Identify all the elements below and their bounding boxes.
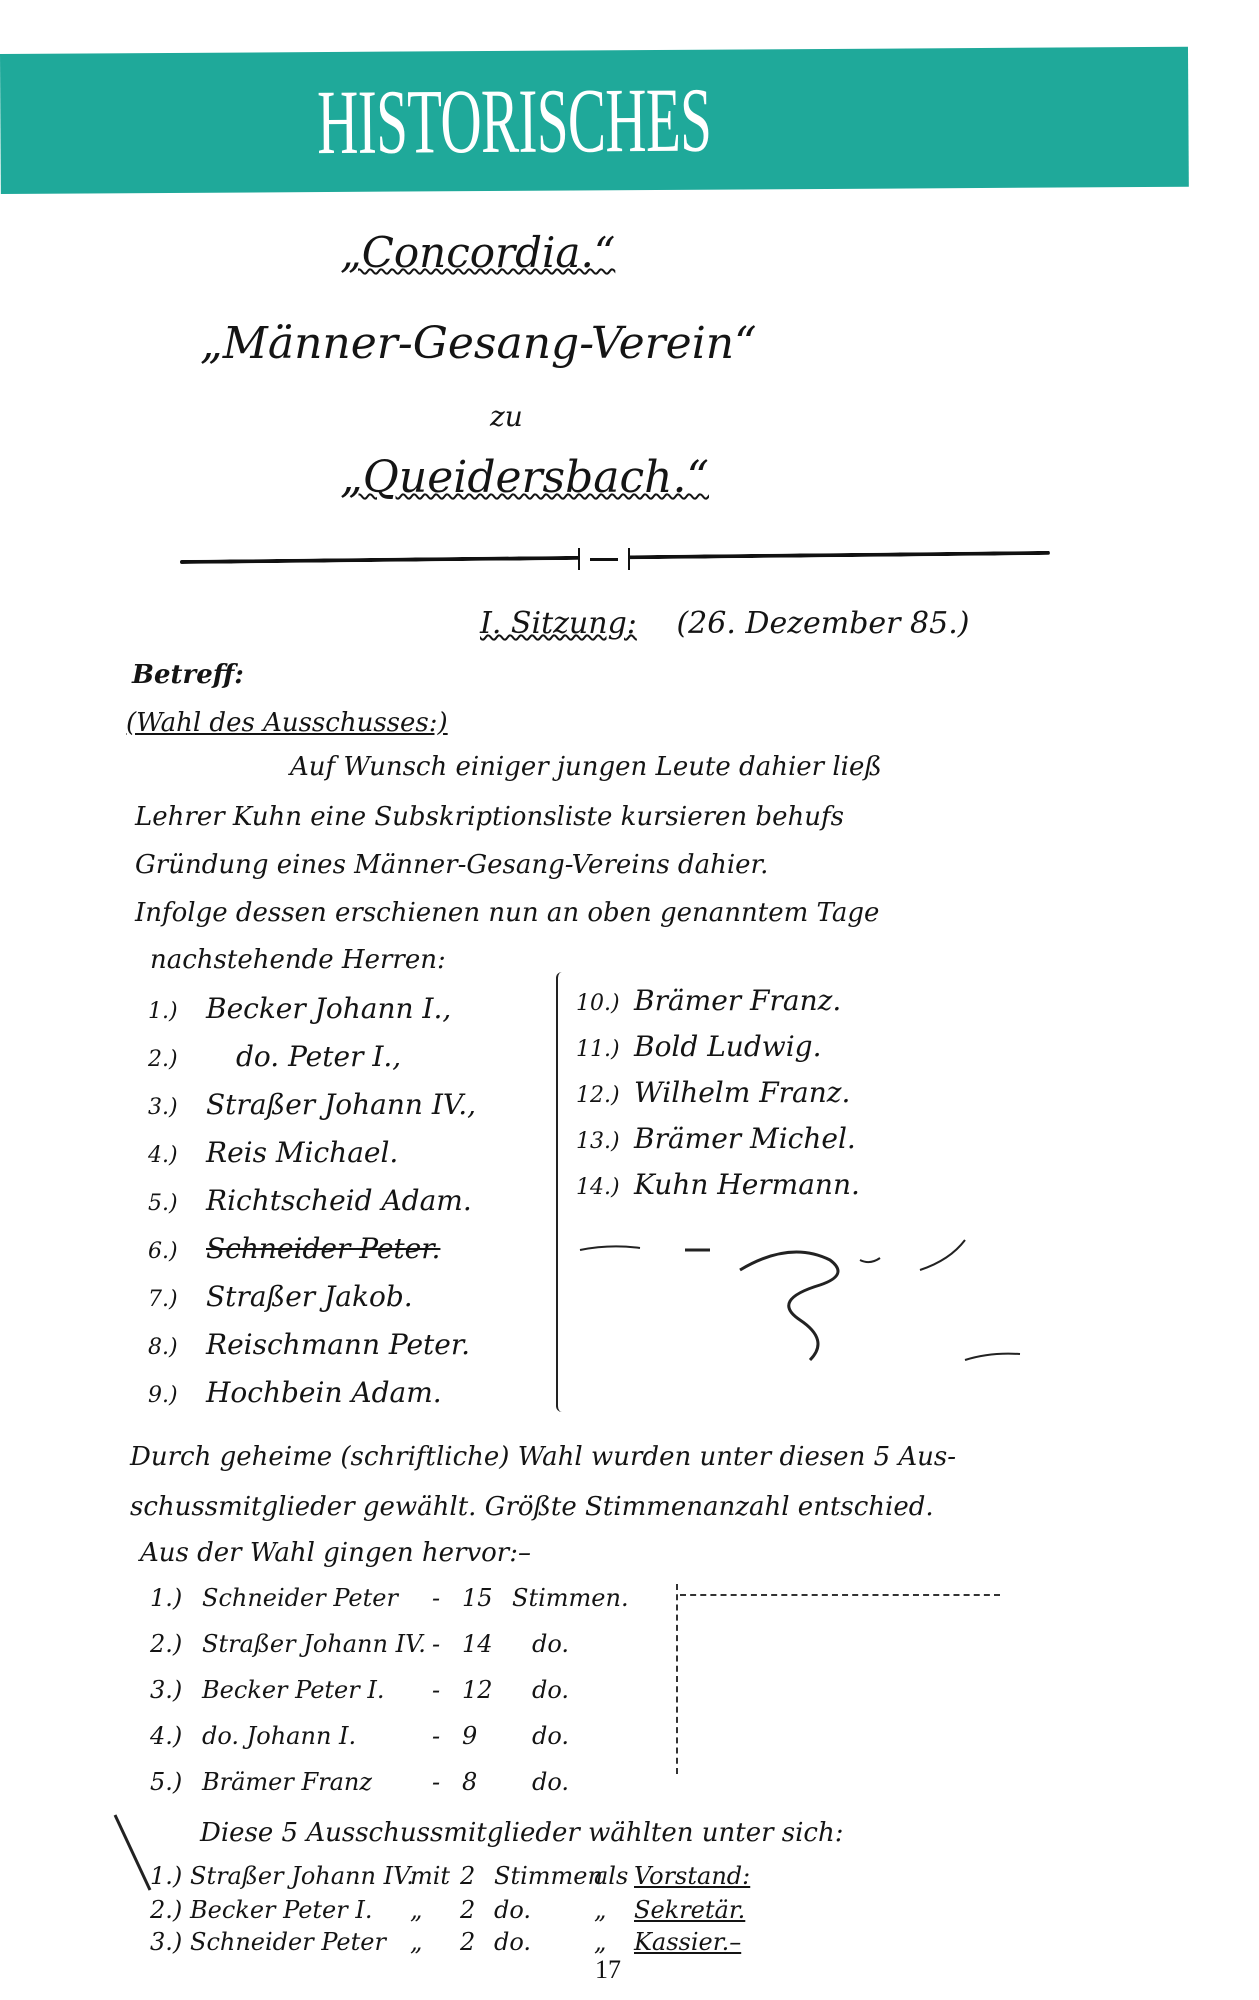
result-row: 1.)Schneider Peter-15Stimmen. [150, 1584, 629, 1612]
member-list-item: 14.)Kuhn Hermann. [576, 1168, 860, 1201]
intro-line: Lehrer Kuhn eine Subskriptionsliste kurs… [135, 802, 844, 832]
member-list-item: 13.)Brämer Michel. [576, 1122, 856, 1155]
results-dash-line [680, 1594, 1000, 1596]
member-list-item: 1.)Becker Johann I., [148, 992, 451, 1025]
session-heading: I. Sitzung: (26. Dezember 85.) [480, 606, 969, 641]
election-line: Aus der Wahl gingen hervor:– [140, 1538, 531, 1568]
club-preposition: zu [490, 400, 523, 433]
section-banner: HISTORISCHES [0, 47, 1189, 194]
officer-row: 2.)Becker Peter I.„2do.„Sekretär. [150, 1896, 745, 1924]
intro-line: Infolge dessen erschienen nun an oben ge… [135, 898, 879, 928]
member-list-item: 4.)Reis Michael. [148, 1136, 398, 1169]
member-list-item: 2.)do. Peter I., [148, 1040, 401, 1073]
subject-title: (Wahl des Ausschusses:) [126, 708, 448, 738]
result-row: 3.)Becker Peter I.-12do. [150, 1676, 569, 1704]
column-brace [556, 972, 568, 1412]
intro-line: Gründung eines Männer-Gesang-Vereins dah… [135, 850, 768, 880]
member-list-item: 12.)Wilhelm Franz. [576, 1076, 850, 1109]
member-list-item: 10.)Brämer Franz. [576, 984, 841, 1017]
election-line: Durch geheime (schriftliche) Wahl wurden… [130, 1442, 956, 1472]
session-date: (26. Dezember 85.) [676, 606, 969, 641]
intro-line: Auf Wunsch einiger jungen Leute dahier l… [290, 752, 882, 782]
officers-intro: Diese 5 Ausschussmitglieder wählten unte… [200, 1818, 844, 1848]
member-list-item: 6.)Schneider Peter. [148, 1232, 440, 1265]
page-number: 17 [595, 1955, 621, 1985]
club-name: „Concordia.“ [340, 228, 615, 277]
result-row: 4.)do. Johann I.-9do. [150, 1722, 569, 1750]
member-list-item: 9.)Hochbein Adam. [148, 1376, 442, 1409]
banner-title: HISTORISCHES [317, 74, 712, 168]
member-list-item: 7.)Straßer Jakob. [148, 1280, 413, 1313]
subject-label: Betreff: [132, 660, 244, 690]
club-location: „Queidersbach.“ [340, 452, 709, 503]
officer-row: 3.)Schneider Peter„2do.„Kassier.– [150, 1928, 741, 1956]
result-row: 2.)Straßer Johann IV.-14do. [150, 1630, 569, 1658]
club-type: „Männer-Gesang-Verein“ [200, 318, 757, 369]
closing-flourish-icon [570, 1230, 1050, 1410]
session-label: I. Sitzung: [480, 606, 637, 641]
member-list-item: 8.)Reischmann Peter. [148, 1328, 470, 1361]
divider-ornament-icon [578, 548, 630, 570]
election-line: schussmitglieder gewählt. Größte Stimmen… [130, 1492, 934, 1522]
intro-line: nachstehende Herren: [150, 945, 446, 975]
results-margin-line [676, 1584, 678, 1774]
member-list-item: 11.)Bold Ludwig. [576, 1030, 822, 1063]
result-row: 5.)Brämer Franz-8do. [150, 1768, 569, 1796]
member-list-item: 5.)Richtscheid Adam. [148, 1184, 472, 1217]
officer-row: 1.)Straßer Johann IV.mit2StimmenalsVorst… [150, 1862, 750, 1890]
member-list-item: 3.)Straßer Johann IV., [148, 1088, 476, 1121]
